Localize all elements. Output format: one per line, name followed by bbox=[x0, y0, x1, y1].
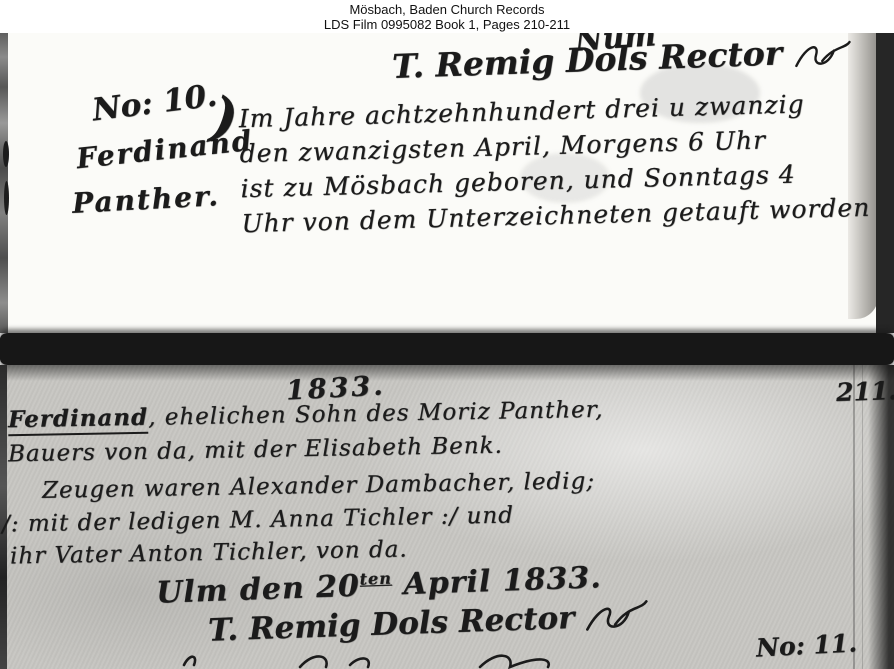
date-ordinal-suffix: ten bbox=[359, 569, 392, 589]
signature-flourish-icon bbox=[585, 599, 650, 635]
date-suffix: April 1833. bbox=[391, 560, 602, 602]
page-fold-line bbox=[853, 365, 855, 669]
entry-line-mother: Bauers von da, mit der Elisabeth Benk. bbox=[8, 433, 503, 468]
page-top-scan: Num T. Remig Dols Rector No: 10. Ferdina… bbox=[0, 33, 894, 333]
film-background-right bbox=[876, 33, 894, 333]
caption-film-info: LDS Film 0995082 Book 1, Pages 210-211 bbox=[0, 17, 894, 32]
entry-line-witnesses: Zeugen waren Alexander Dambacher, ledig; bbox=[42, 468, 595, 504]
page-bottom-scan: 1833. 211. Ferdinand, ehelichen Sohn des… bbox=[0, 365, 894, 669]
date-prefix: Ulm den 20 bbox=[156, 569, 361, 611]
ink-blob bbox=[3, 141, 9, 167]
page-number: 211. bbox=[836, 376, 894, 407]
priest-signature-bottom-text: T. Remig Dols Rector bbox=[208, 600, 576, 649]
page-fold-line bbox=[862, 365, 863, 669]
page-top-shadow bbox=[0, 365, 894, 381]
caption-title: Mösbach, Baden Church Records bbox=[0, 2, 894, 17]
entry-line-parents-rest: , ehelichen Sohn des Moriz Panther, bbox=[148, 397, 604, 431]
entry-line-witness-father: ihr Vater Anton Tichler, von da. bbox=[10, 537, 408, 570]
signature-flourish-icon bbox=[793, 40, 852, 72]
film-background-right bbox=[868, 365, 894, 669]
priest-signature-top: T. Remig Dols Rector bbox=[391, 33, 852, 86]
film-gap-divider bbox=[0, 333, 894, 365]
entry-child-name-underlined: Ferdinand bbox=[8, 404, 149, 436]
ink-blob bbox=[4, 181, 9, 215]
cutoff-strokes-bottom bbox=[180, 649, 660, 669]
entry-line-parents: Ferdinand, ehelichen Sohn des Moriz Pant… bbox=[8, 396, 604, 433]
entry-line-witness2: /: mit der ledigen M. Anna Tichler :/ un… bbox=[2, 503, 514, 538]
child-family-name: Panther. bbox=[71, 179, 220, 220]
caption: Mösbach, Baden Church Records LDS Film 0… bbox=[0, 0, 894, 33]
entry-body-text: Im Jahre achtzehnhundert drei u zwanzig … bbox=[238, 85, 870, 241]
next-entry-number: No: 11. bbox=[755, 628, 857, 662]
scanned-church-record: Mösbach, Baden Church Records LDS Film 0… bbox=[0, 0, 894, 669]
entry-number: No: 10. bbox=[90, 78, 219, 129]
